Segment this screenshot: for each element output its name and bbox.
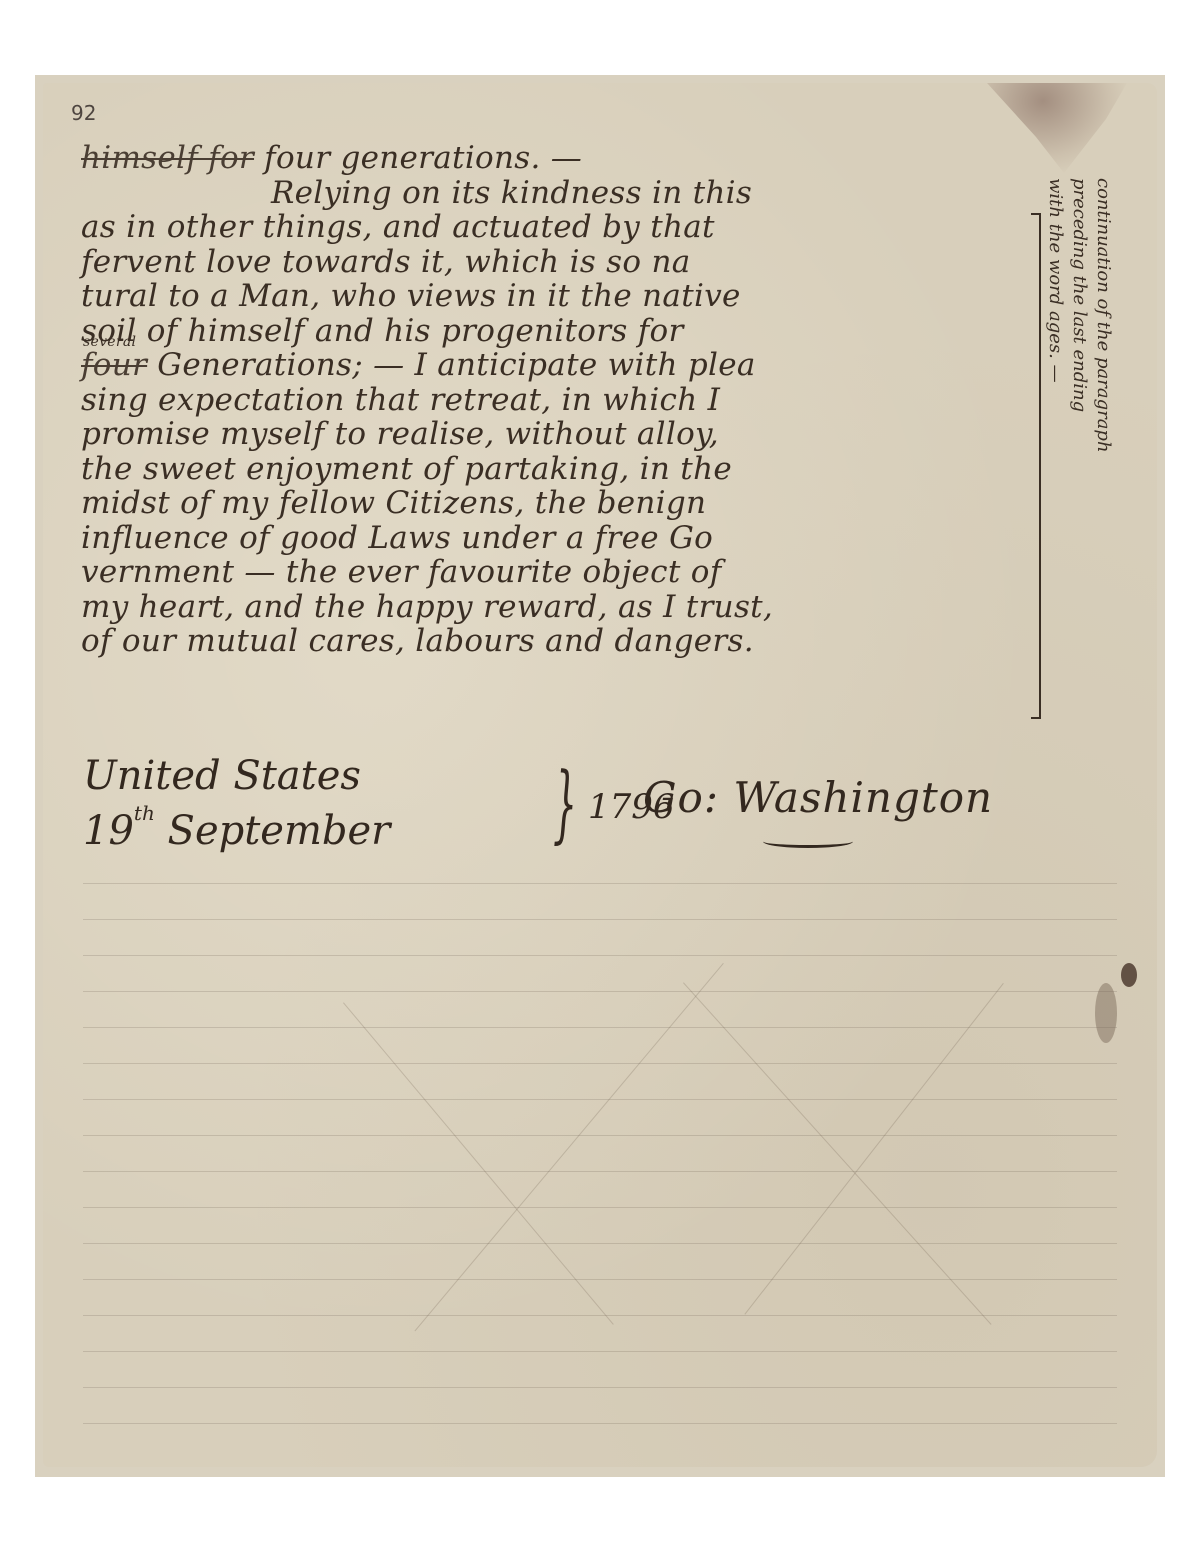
date-line: 19th September (83, 801, 390, 854)
ruled-line (83, 1063, 1117, 1064)
margin-note-line: preceding the last ending (1067, 178, 1091, 453)
manuscript-line: Relying on its kindness in this (81, 176, 1031, 211)
ink-smudge (1095, 983, 1117, 1043)
margin-note: continuation of the paragraph preceding … (1043, 178, 1153, 738)
margin-note-line: continuation of the paragraph (1091, 178, 1115, 453)
manuscript-line: midst of my fellow Citizens, the benign (81, 486, 1031, 521)
ruled-line (83, 991, 1117, 992)
ruled-line (83, 1135, 1117, 1136)
date-brace: } (553, 761, 577, 845)
manuscript-line: tural to a Man, who views in it the nati… (81, 279, 1031, 314)
paper-sheet: 92 himself for four generations. — Relyi… (43, 83, 1157, 1467)
ruled-line (83, 1387, 1117, 1388)
manuscript-line: promise myself to realise, without alloy… (81, 417, 1031, 452)
ruled-line (83, 1279, 1117, 1280)
struck-text: himself for (81, 140, 254, 176)
date-month: September (168, 808, 391, 854)
manuscript-line: influence of good Laws under a free Go (81, 521, 1031, 556)
paper-crease (414, 963, 723, 1331)
ruled-line (83, 1027, 1117, 1028)
date-day-suffix: th (134, 801, 155, 825)
manuscript-scan: 92 himself for four generations. — Relyi… (35, 75, 1165, 1477)
inserted-word: several (83, 335, 136, 349)
line-text: four generations. — (254, 140, 582, 176)
ruled-line (83, 919, 1117, 920)
manuscript-line: fervent love towards it, which is so na (81, 245, 1031, 280)
struck-text: four (81, 347, 147, 383)
manuscript-line: my heart, and the happy reward, as I tru… (81, 590, 1031, 625)
ruled-line (83, 1423, 1117, 1424)
place-line: United States (83, 753, 361, 799)
paper-crease (744, 983, 1003, 1315)
manuscript-line: as in other things, and actuated by that (81, 210, 1031, 245)
paper-crease (683, 982, 992, 1325)
manuscript-line: vernment — the ever favourite object of (81, 555, 1031, 590)
manuscript-line: severalfour Generations; — I anticipate … (81, 348, 1031, 383)
ruled-line (83, 1243, 1117, 1244)
margin-note-text: continuation of the paragraph preceding … (1043, 178, 1115, 453)
manuscript-line: of our mutual cares, labours and dangers… (81, 624, 1031, 659)
ruled-line (83, 1315, 1117, 1316)
manuscript-body: himself for four generations. — Relying … (81, 141, 1031, 659)
correction: severalfour (81, 347, 147, 383)
ruled-line (83, 1171, 1117, 1172)
ruled-line (83, 1207, 1117, 1208)
ruled-line (83, 883, 1117, 884)
ruled-line (83, 955, 1117, 956)
paper-crease (343, 1002, 614, 1324)
ruled-line (83, 1351, 1117, 1352)
line-text: Generations; — I anticipate with plea (147, 347, 756, 383)
ink-blot (1121, 963, 1137, 987)
manuscript-line: sing expectation that retreat, in which … (81, 383, 1031, 418)
manuscript-line: soil of himself and his progenitors for (81, 314, 1031, 349)
ruled-line (83, 1099, 1117, 1100)
signature: Go: Washington (643, 773, 993, 822)
margin-note-line: with the word ages. — (1043, 178, 1067, 453)
margin-bracket (1031, 213, 1041, 719)
date-day: 19 (83, 808, 134, 854)
page-number: 92 (71, 101, 96, 125)
manuscript-line: the sweet enjoyment of partaking, in the (81, 452, 1031, 487)
manuscript-line: himself for four generations. — (81, 141, 1031, 176)
